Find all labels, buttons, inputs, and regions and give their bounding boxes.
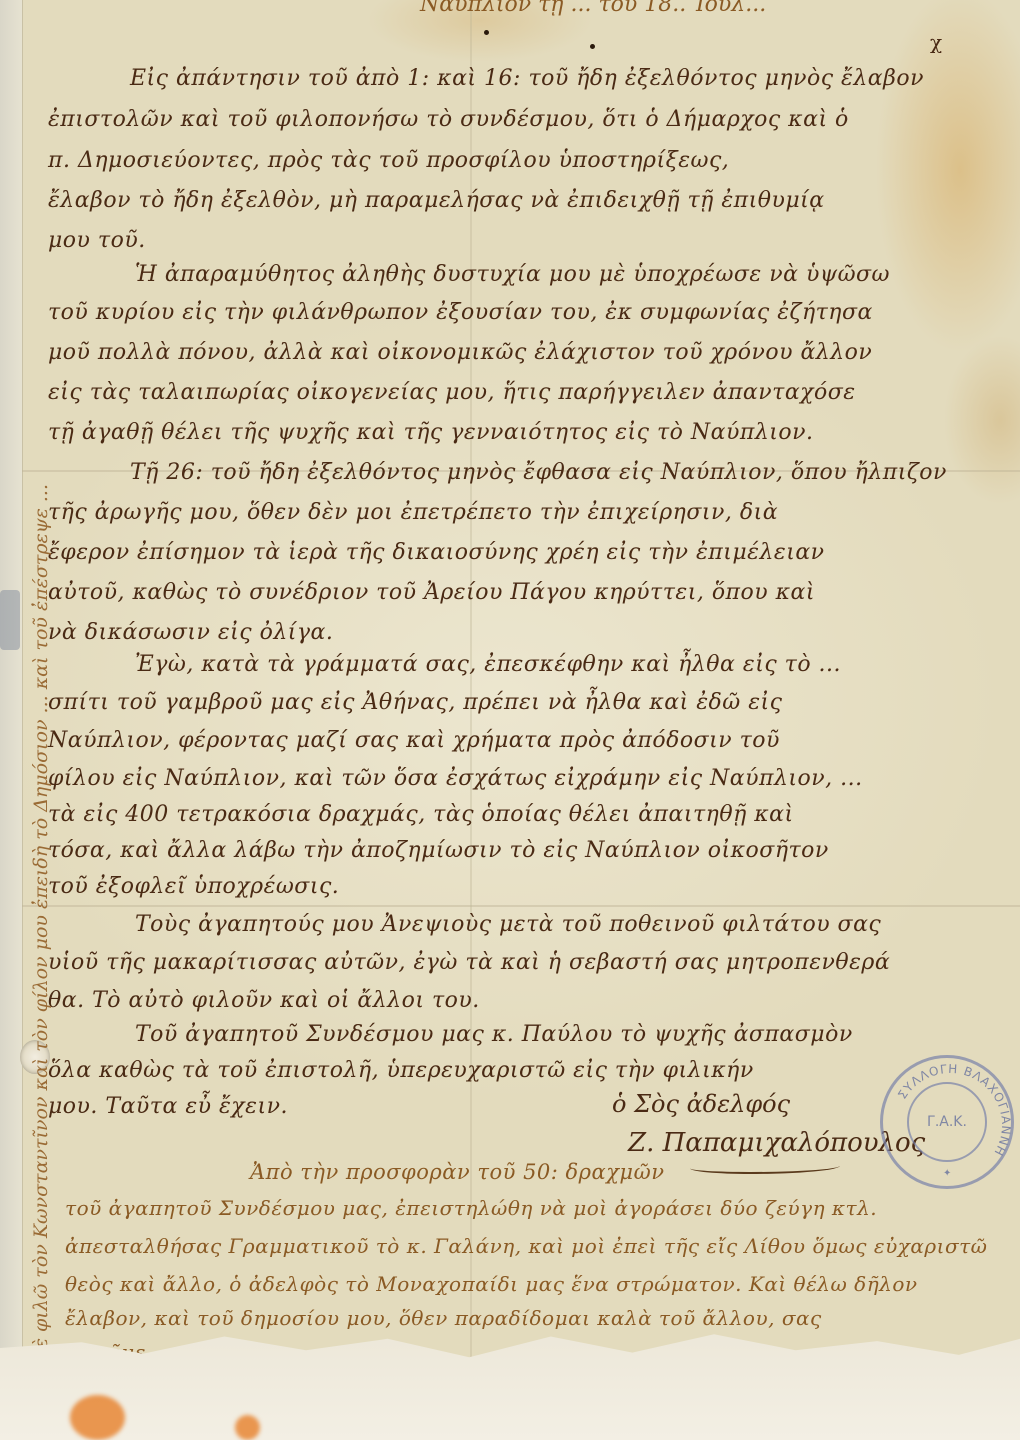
letter-line: π. Δημοσιεύοντες, πρὸς τὰς τοῦ προσφίλου…: [48, 148, 729, 173]
signature-flourish: [690, 1160, 840, 1174]
stain: [0, 590, 20, 650]
letter-line: μου. Ταῦτα εὖ ἔχειν.: [48, 1094, 288, 1119]
letter-line: Τοὺς ἀγαπητούς μου Ἀνεψιοὺς μετὰ τοῦ ποθ…: [135, 912, 881, 937]
letter-line: αὐτοῦ, καθὼς τὸ συνέδριον τοῦ Ἀρείου Πάγ…: [48, 580, 815, 605]
letter-line: τοῦ ἐξοφλεῖ ὑποχρέωσις.: [48, 874, 339, 899]
stain: [70, 1395, 125, 1440]
paper-fold: [22, 905, 1020, 907]
closing-salutation: ὁ Σὸς ἀδελφός: [612, 1090, 790, 1118]
letter-line: Εἰς ἀπάντησιν τοῦ ἀπὸ 1: καὶ 16: τοῦ ἤδη…: [130, 66, 924, 91]
letter-line: τὰ εἰς 400 τετρακόσια δραχμάς, τὰς ὁποία…: [48, 802, 794, 827]
letter-line: ἐπιστολῶν καὶ τοῦ φιλοπονήσω τὸ συνδέσμο…: [48, 107, 849, 132]
paper-fold: [470, 0, 472, 1440]
letter-line: ἔφερον ἐπίσημον τὰ ἱερὰ τῆς δικαιοσύνης …: [48, 540, 825, 565]
postscript-line: ἔλαβον, καὶ τοῦ δημοσίου μου, ὅθεν παραδ…: [65, 1306, 822, 1330]
torn-paper-edge: [0, 1325, 1020, 1440]
letter-line: μου τοῦ.: [48, 228, 146, 253]
letter-line: τῆς ἀρωγῆς μου, ὅθεν δὲν μοι ἐπετρέπετο …: [48, 500, 778, 525]
margin-note: καὶ σὲ φιλῶ τὸν Κωνσταντῖνον καὶ τὸν φίλ…: [30, 484, 52, 1400]
archive-stamp: ΣΥΛΛΟΓΗ ΒΛΑΧΟΓΙΑΝΝΗ Γ.Α.Κ. ✦: [880, 1055, 1014, 1189]
letter-line: τόσα, καὶ ἄλλα λάβω τὴν ἀποζημίωσιν τὸ ε…: [48, 838, 829, 863]
letter-line: Τῇ 26: τοῦ ἤδη ἐξελθόντος μηνὸς ἔφθασα ε…: [130, 460, 947, 485]
ink-dot: [590, 44, 595, 49]
postscript-line: Ἀπὸ τὴν προσφορὰν τοῦ 50: δραχμῶν: [250, 1160, 664, 1184]
letter-line: θα. Τὸ αὐτὸ φιλοῦν καὶ οἱ ἄλλοι του.: [48, 988, 480, 1013]
letter-line: εἰς τὰς ταλαιπωρίας οἰκογενείας μου, ἥτι…: [48, 380, 856, 405]
letter-line: υἱοῦ τῆς μακαρίτισσας αὐτῶν, ἐγὼ τὰ καὶ …: [48, 950, 890, 975]
letter-line: σπίτι τοῦ γαμβροῦ μας εἰς Ἀθήνας, πρέπει…: [48, 690, 782, 715]
letter-line: νὰ δικάσωσιν εἰς ὀλίγα.: [48, 620, 333, 645]
letter-line: φίλου εἰς Ναύπλιον, καὶ τῶν ὅσα ἐσχάτως …: [48, 766, 863, 791]
adjacent-page-edge: [0, 0, 23, 1440]
letter-line: τοῦ κυρίου εἰς τὴν φιλάνθρωπον ἐξουσίαν …: [48, 300, 873, 325]
letter-line: Ἡ ἀπαραμύθητος ἀληθὴς δυστυχία μου μὲ ὑπ…: [135, 262, 890, 287]
header-fragment: Ναύπλιον τῇ ... τοῦ 18.. Ἰουλ...: [420, 0, 766, 17]
letter-line: Ναύπλιον, φέροντας μαζί σας καὶ χρήματα …: [48, 728, 780, 753]
letter-line: Ἐγὼ, κατὰ τὰ γράμματά σας, ἐπεσκέφθην κα…: [135, 652, 841, 677]
postscript-line: ἀπεσταλθήσας Γραμματικοῦ τὸ κ. Γαλάνη, κ…: [65, 1234, 988, 1258]
letter-page: Ναύπλιον τῇ ... τοῦ 18.. Ἰουλ... χ Εἰς ἀ…: [0, 0, 1020, 1440]
ink-dot: [484, 30, 489, 35]
letter-line: μοῦ πολλὰ πόνου, ἀλλὰ καὶ οἰκονομικῶς ἐλ…: [48, 340, 872, 365]
letter-line: ἔλαβον τὸ ἤδη ἐξελθὸν, μὴ παραμελήσας νὰ…: [48, 188, 825, 213]
stamp-center: Γ.Α.Κ.: [907, 1082, 987, 1162]
postscript-line: τοῦ ἀγαπητοῦ Συνδέσμου μας, ἐπειστηλώθη …: [65, 1196, 877, 1220]
corner-mark: χ: [930, 30, 942, 54]
stamp-center-text: Γ.Α.Κ.: [927, 1114, 967, 1130]
letter-line: τῇ ἀγαθῇ θέλει τῆς ψυχῆς καὶ τῆς γενναιό…: [48, 420, 814, 445]
letter-line: ὅλα καθὼς τὰ τοῦ ἐπιστολῆ, ὑπερευχαριστῶ…: [48, 1058, 754, 1083]
stain: [235, 1415, 260, 1440]
star-icon: ✦: [943, 1168, 951, 1179]
postscript-line: θεὸς καὶ ἄλλο, ὁ ἀδελφὸς τὸ Μοναχοπαίδι …: [65, 1272, 918, 1296]
letter-line: Τοῦ ἀγαπητοῦ Συνδέσμου μας κ. Παύλου τὸ …: [135, 1022, 853, 1047]
